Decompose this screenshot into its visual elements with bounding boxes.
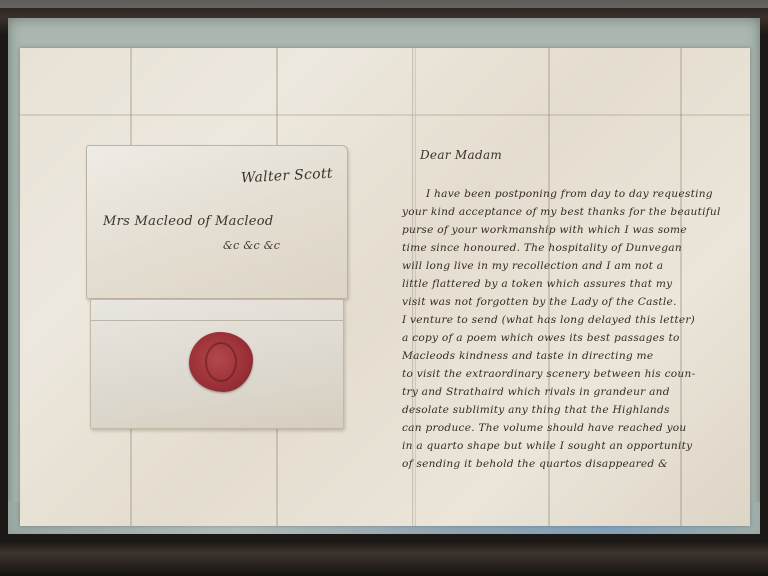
flap-crease — [91, 320, 343, 321]
letter-line: will long live in my recollection and I … — [402, 260, 663, 272]
wax-seal-icon — [189, 332, 253, 392]
address-line-2: &c &c &c — [223, 239, 280, 252]
envelope-address-panel: Walter Scott Mrs Macleod of Macleod &c &… — [86, 145, 348, 299]
letter-line: to visit the extraordinary scenery betwe… — [402, 368, 695, 380]
letter-line: desolate sublimity any thing that the Hi… — [402, 404, 670, 416]
letter-line: Macleods kindness and taste in directing… — [402, 350, 653, 362]
letter-line: your kind acceptance of my best thanks f… — [402, 206, 721, 218]
letter-line: I venture to send (what has long delayed… — [402, 314, 695, 326]
letter-line: I have been postponing from day to day r… — [426, 188, 713, 200]
address-line-1: Mrs Macleod of Macleod — [103, 214, 274, 229]
fold-crease — [20, 114, 750, 116]
greeting: Dear Madam — [420, 148, 502, 162]
letter-line: visit was not forgotten by the Lady of t… — [402, 296, 677, 308]
letter-line: of sending it behold the quartos disappe… — [402, 458, 668, 470]
picture-frame: Walter Scott Mrs Macleod of Macleod &c &… — [0, 0, 768, 576]
seal-impression — [205, 342, 237, 382]
letter-line: in a quarto shape but while I sought an … — [402, 440, 692, 452]
fold-crease — [680, 48, 682, 526]
letter-line: a copy of a poem which owes its best pas… — [402, 332, 680, 344]
letter-line: try and Strathaird which rivals in grand… — [402, 386, 670, 398]
frame-highlight — [0, 0, 768, 8]
envelope: Walter Scott Mrs Macleod of Macleod &c &… — [86, 145, 346, 430]
letter-line: time since honoured. The hospitality of … — [402, 242, 682, 254]
letter-line: purse of your workmanship with which I w… — [402, 224, 687, 236]
envelope-flap — [90, 299, 344, 429]
letter-line: can produce. The volume should have reac… — [402, 422, 687, 434]
signature: Walter Scott — [241, 166, 333, 187]
letter-line: little flattered by a token which assure… — [402, 278, 672, 290]
